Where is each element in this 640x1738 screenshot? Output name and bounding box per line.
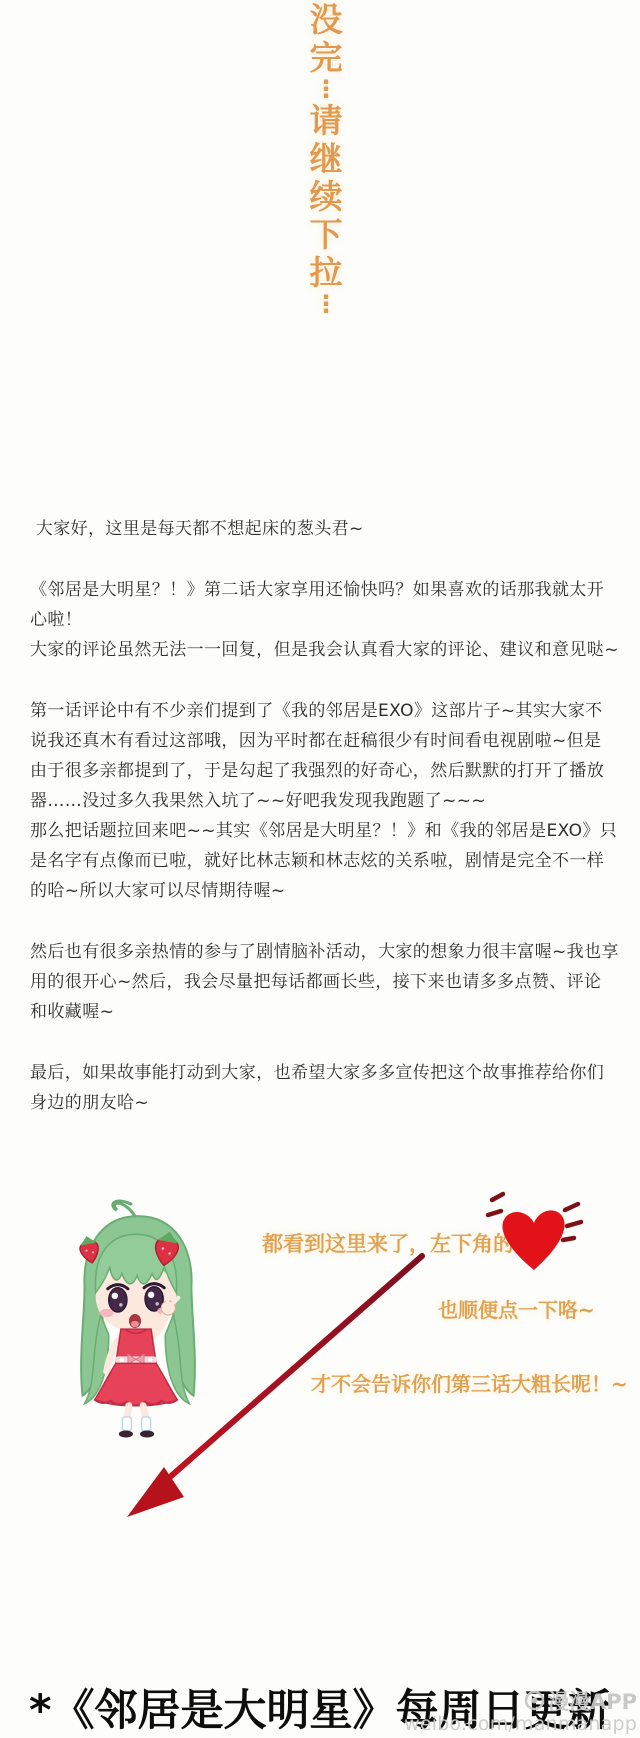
vertical-ellipsis: ⋮ — [314, 294, 338, 314]
arrow-down-left-icon — [100, 1240, 440, 1540]
banner-char: 续 — [310, 180, 343, 213]
note-line: 心啦！ — [30, 605, 632, 635]
watermark-app-row: 漫漫APP — [404, 1688, 637, 1713]
banner-char: 下 — [310, 218, 343, 251]
watermark-app-name: 漫漫APP — [548, 1686, 637, 1716]
note-line: 最后，如果故事能打动到大家，也希望大家多多宣传把这个故事推荐给你们 — [30, 1058, 632, 1088]
author-note: 大家好，这里是每天都不想起床的葱头君~ 《邻居是大明星？！》第二话大家享用还愉快… — [30, 514, 632, 1149]
paragraph-share: 最后，如果故事能打动到大家，也希望大家多多宣传把这个故事推荐给你们 身边的朋友哈… — [30, 1058, 632, 1118]
scroll-hint-banner: 没 完 ⋮ 请 继 续 下 拉 ⋮ — [306, 3, 346, 314]
comic-afterword-page: 没 完 ⋮ 请 继 续 下 拉 ⋮ 大家好，这里是每天都不想起床的葱头君~ 《邻… — [0, 0, 640, 1738]
note-line: 然后也有很多亲热情的参与了剧情脑补活动，大家的想象力很丰富喔~我也享 — [30, 937, 632, 967]
note-line: 和收藏喔~ — [30, 997, 632, 1027]
watermark: 漫漫APP weibo.com/manmanapp — [404, 1688, 637, 1735]
note-line: 《邻居是大明星？！》第二话大家享用还愉快吗？如果喜欢的话那我就太开 — [30, 575, 632, 605]
callout-line-2: 也顺便点一下咯~ — [438, 1294, 595, 1323]
banner-char: 没 — [310, 3, 343, 36]
paragraph-greeting: 大家好，这里是每天都不想起床的葱头君~ — [30, 514, 632, 544]
banner-char: 继 — [310, 142, 343, 175]
banner-char: 拉 — [310, 256, 343, 289]
note-line: 的哈~所以大家可以尽情期待喔~ — [30, 876, 632, 906]
heart-icon — [478, 1185, 588, 1280]
banner-char: 请 — [310, 104, 343, 137]
watermark-logo-icon — [524, 1690, 545, 1711]
paragraph-thanks: 然后也有很多亲热情的参与了剧情脑补活动，大家的想象力很丰富喔~我也享 用的很开心… — [30, 937, 632, 1027]
banner-char: 完 — [310, 41, 343, 74]
note-line: 大家的评论虽然无法一一回复，但是我会认真看大家的评论、建议和意见哒~ — [30, 635, 632, 665]
vertical-ellipsis: ⋮ — [314, 79, 338, 99]
note-line: 说我还真木有看过这部哦，因为平时都在赶稿很少有时间看电视剧啦~但是 — [30, 726, 632, 756]
note-line: 大家好，这里是每天都不想起床的葱头君~ — [30, 514, 632, 544]
note-line: 身边的朋友哈~ — [30, 1088, 632, 1118]
note-line: 由于很多亲都提到了，于是勾起了我强烈的好奇心，然后默默的打开了播放 — [30, 756, 632, 786]
paragraph-chapter2: 《邻居是大明星？！》第二话大家享用还愉快吗？如果喜欢的话那我就太开 心啦！ 大家… — [30, 575, 632, 665]
ahoge-curl — [113, 1201, 135, 1216]
note-line: 用的很开心~然后，我会尽量把每话都画长些，接下来也请多多点赞、评论 — [30, 967, 632, 997]
note-line: 是名字有点像而已啦，就好比林志颖和林志炫的关系啦，剧情是完全不一样 — [30, 846, 632, 876]
paragraph-exo-story: 第一话评论中有不少亲们提到了《我的邻居是EXO》这部片子~其实大家不 说我还真木… — [30, 696, 632, 906]
watermark-url: weibo.com/manmanapp — [404, 1713, 637, 1735]
note-line: 器……没过多久我果然入坑了~~好吧我发现我跑题了~~~ — [30, 786, 632, 816]
note-line: 第一话评论中有不少亲们提到了《我的邻居是EXO》这部片子~其实大家不 — [30, 696, 632, 726]
note-line: 那么把话题拉回来吧~~其实《邻居是大明星？！》和《我的邻居是EXO》只 — [30, 816, 632, 846]
